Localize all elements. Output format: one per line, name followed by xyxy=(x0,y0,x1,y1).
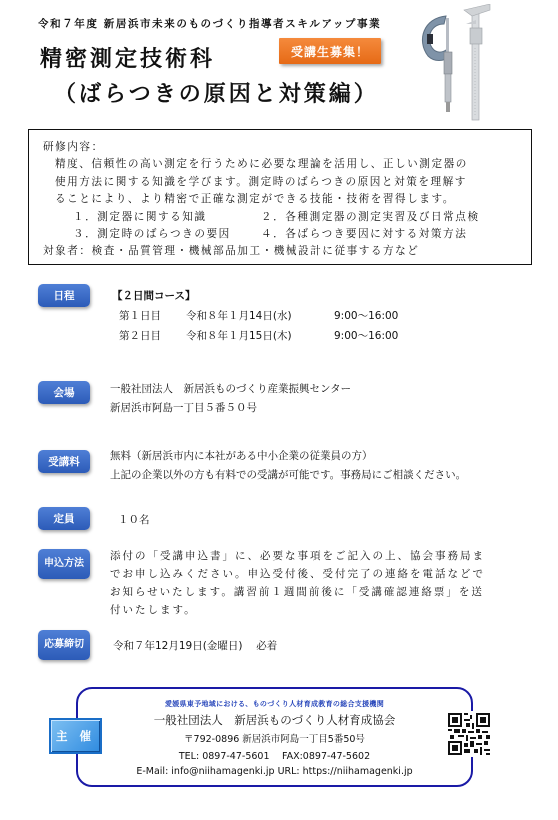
content-item: ３．測定時のばらつきの要因 xyxy=(73,226,231,241)
program-subtitle: 令和７年度 新居浜市未来のものづくり指導者スキルアップ事業 xyxy=(38,16,381,31)
course-content-box: 研修内容： 精度、信頼性の高い測定を行うために必要な理論を活用し、正しい測定器の… xyxy=(28,129,532,265)
micrometer-caliper-icon xyxy=(410,4,520,124)
description-line: 使用方法に関する知識を学びます。測定時のばらつきの原因と対策を理解す xyxy=(55,174,467,189)
application-line: お知らせいたします。講習前１週間前後に「受講確認連絡票」を送 xyxy=(110,584,484,599)
qr-code-icon[interactable] xyxy=(446,711,492,757)
host-email-url[interactable]: E-Mail: info@niihamagenki.jp URL: https:… xyxy=(76,766,473,777)
content-heading: 研修内容： xyxy=(43,139,104,154)
day1-time: 9:00～16:00 xyxy=(334,308,398,323)
course-title: 精密測定技術科 xyxy=(40,42,215,73)
application-line: でお申し込みください。申込受付後、受付完了の連絡を電話などで xyxy=(110,566,485,581)
content-item: ４．各ばらつき要因に対する対策方法 xyxy=(261,226,467,241)
day2-label: 第２日目 xyxy=(119,328,161,343)
day1-date: 令和８年１月14日(水) xyxy=(186,308,292,323)
venue-address: 新居浜市阿島一丁目５番５０号 xyxy=(110,400,257,415)
application-label: 申込 方法 xyxy=(38,549,90,579)
host-organization: 一般社団法人 新居浜ものづくり人材育成協会 xyxy=(76,712,473,728)
application-line: 付いたします。 xyxy=(110,602,197,617)
day2-date: 令和８年１月15日(木) xyxy=(186,328,292,343)
venue-name: 一般社団法人 新居浜ものづくり産業振興センター xyxy=(110,381,351,396)
day2-time: 9:00～16:00 xyxy=(334,328,398,343)
content-item: １．測定器に関する知識 xyxy=(73,209,207,224)
deadline-value: 令和７年12月19日(金曜日) 必着 xyxy=(113,638,277,653)
application-line: 添付の「受講申込書」に、必要な事項をご記入の上、協会事務局ま xyxy=(110,548,485,563)
host-tagline: 愛媛県東予地域における、ものづくり人材育成教育の総合支援機関 xyxy=(76,699,473,709)
fee-line2: 上記の企業以外の方も有料での受講が可能です。事務局にご相談ください。 xyxy=(110,467,466,482)
measuring-tools-illustration xyxy=(410,4,520,124)
host-phone-fax: TEL: 0897-47-5601 FAX:0897-47-5602 xyxy=(76,748,473,762)
day1-label: 第１日目 xyxy=(119,308,161,323)
application-label-line1: 申込 xyxy=(44,558,64,570)
host-address: 〒792-0896 新居浜市阿島一丁目5番50号 xyxy=(76,731,473,745)
capacity-label: 定員 xyxy=(38,507,90,530)
application-label-line2: 方法 xyxy=(64,558,84,570)
recruit-badge: 受講生募集！ xyxy=(279,38,381,64)
description-line: 精度、信頼性の高い測定を行うために必要な理論を活用し、正しい測定器の xyxy=(55,156,468,171)
description-line: ることにより、より精密で正確な測定ができる技能・技術を習得します。 xyxy=(55,191,455,206)
deadline-label: 応募 締切 xyxy=(38,630,90,660)
content-item: ２．各種測定器の測定実習及び日常点検 xyxy=(261,209,480,224)
capacity-value: １０名 xyxy=(118,512,150,527)
deadline-label-line2: 締切 xyxy=(64,639,84,651)
venue-label: 会場 xyxy=(38,381,90,404)
fee-label: 受講料 xyxy=(38,450,90,473)
target-audience: 対象者：検査・品質管理・機械部品加工・機械設計に従事する方など xyxy=(43,243,419,258)
fee-line1: 無料（新居浜市内に本社がある中小企業の従業員の方） xyxy=(110,448,373,463)
course-subtitle: （ばらつきの原因と対策編） xyxy=(54,77,379,108)
course-length: 【２日間コース】 xyxy=(112,288,195,303)
schedule-label: 日程 xyxy=(38,284,90,307)
deadline-label-line1: 応募 xyxy=(44,639,64,651)
